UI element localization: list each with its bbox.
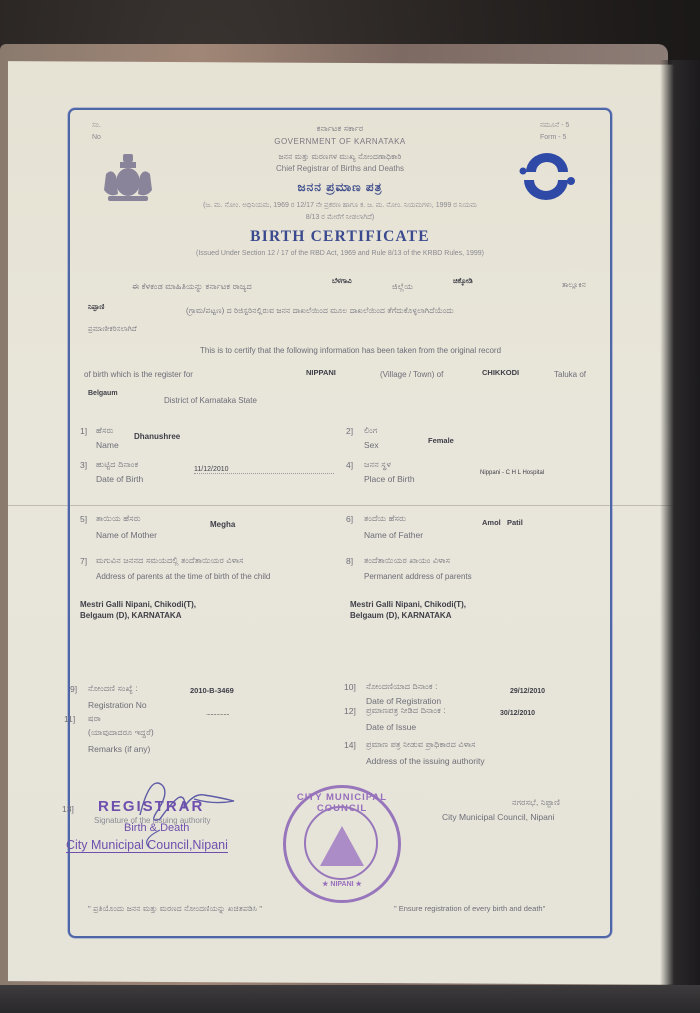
intro-kn-taluk: ಚಿಕ್ಕೋಡಿ [453,278,473,286]
address-at-birth-line1: Mestri Galli Nipani, Chikodi(T), [80,600,196,609]
municipal-council-seal: CITY MUNICIPAL COUNCIL ★ NIPANI ★ [283,785,401,903]
field-9-num: 9] [70,684,77,694]
field-1-label: Name [96,440,119,450]
intro-kn-town: ನಿಪ್ಪಾಣಿ [88,304,104,312]
field-14-kn: ಪ್ರಮಾಣ ಪತ್ರ ನೀಡುವ ಪ್ರಾಧಿಕಾರದ ವಿಳಾಸ [366,740,476,750]
issued-kn-line1: (ಜ. ಮ. ನೋಂ. ಅಧಿನಿಯಮ, 1969 ರ 12/17 ನೇ ಪ್ರ… [70,202,610,210]
intro-kn-1a: ಈ ಕೆಳಕಂಡ ಮಾಹಿತಿಯನ್ನು ಕರ್ನಾಟಕ ರಾಜ್ಯದ [132,282,252,292]
seal-text-bottom: ★ NIPANI ★ [286,880,398,888]
field-6-num: 6] [346,514,353,524]
field-1-num: 1] [80,426,87,436]
field-11-kn2: (ಯಾವುದಾದರೂ ಇದ್ದರೆ) [88,728,154,738]
gov-title: GOVERNMENT OF KARNATAKA [70,137,610,146]
field-12-label: Date of Issue [366,722,416,732]
field-7-label: Address of parents at the time of birth … [96,572,270,581]
registration-no-value: 2010-B-3469 [190,686,234,695]
issuing-authority-value: City Municipal Council, Nipani [442,812,554,822]
registrar-stamp-line1: REGISTRAR [98,798,204,815]
field-11-label: Remarks (if any) [88,744,150,754]
footer-en: " Ensure registration of every birth and… [394,904,545,913]
intro-kn-district: ಬೆಳಗಾವಿ [332,278,352,286]
field-3-label: Date of Birth [96,474,143,484]
intro-en-2a: of birth which is the register for [84,370,193,379]
issuing-authority-kn: ನಗರಸಭೆ, ನಿಪ್ಪಾಣಿ [512,798,560,808]
date-of-issue-value: 30/12/2010 [500,710,535,717]
field-4-num: 4] [346,460,353,470]
footer-kn: " ಪ್ರತಿಯೊಂದು ಜನನ ಮತ್ತು ಮರಣದ ನೋಂದಣಿಯನ್ನು … [88,904,262,914]
district-value: Belgaum [88,390,118,397]
field-11-num: 11] [64,714,75,724]
background-surface [660,60,700,990]
intro-kn-1b: ಜಿಲ್ಲೆಯ [392,282,413,292]
intro-kn-1c: ತಾಲ್ಲೂಕಿನ [562,282,586,290]
field-7-num: 7] [80,556,87,566]
sex-value: Female [428,436,454,445]
mother-name-value: Megha [210,520,235,529]
field-1-kn: ಹೆಸರು [96,426,114,436]
issued-kn-line2: 8/13 ರ ಮೇರೆಗೆ ನೀಡಲಾಗಿದೆ) [70,214,610,222]
field-8-label: Permanent address of parents [364,572,472,581]
name-value: Dhanushree [134,432,180,441]
background-surface-bottom [0,985,700,1013]
intro-en-3: District of Karnataka State [164,396,257,405]
field-2-label: Sex [364,440,379,450]
registrar-stamp-line2: Birth & Death [124,822,189,834]
gov-kn: ಕರ್ನಾಟಕ ಸರ್ಕಾರ [70,124,610,134]
field-14-label: Address of the issuing authority [366,756,485,766]
seal-emblem-icon [320,826,364,866]
intro-kn-3: ಪ್ರಮಾಣೀಕರಿಸಲಾಗಿದೆ [88,326,137,334]
field-2-kn: ಲಿಂಗ [364,426,377,436]
field-10-kn: ನೋಂದಣಿಯಾದ ದಿನಾಂಕ : [366,682,438,692]
date-of-registration-value: 29/12/2010 [510,688,545,695]
field-14-num: 14] [344,740,356,750]
field-3-kn: ಹುಟ್ಟಿದ ದಿನಾಂಕ [96,460,138,470]
intro-en-2b: (Village / Town) of [380,370,443,379]
permanent-address-line1: Mestri Galli Nipani, Chikodi(T), [350,600,466,609]
intro-en-1: This is to certify that the following in… [200,346,501,355]
field-6-label: Name of Father [364,530,423,540]
karnataka-emblem-icon [100,152,156,204]
field-7-kn: ಮಗುವಿನ ಜನನದ ಸಮಯದಲ್ಲಿ ತಂದೆತಾಯಿಯರ ವಿಳಾಸ [96,556,244,566]
field-9-label: Registration No [88,700,147,710]
field-3-num: 3] [80,460,87,470]
page-title: BIRTH CERTIFICATE [70,228,610,246]
field-5-kn: ತಾಯಿಯ ಹೆಸರು [96,514,141,524]
field-12-kn: ಪ್ರಮಾಣಪತ್ರ ನೀಡಿದ ದಿನಾಂಕ : [366,706,446,716]
date-of-birth-value: 11/12/2010 [194,466,334,474]
form-kn: ನಮೂನೆ - 5 [540,122,569,130]
field-4-label: Place of Birth [364,474,415,484]
permanent-address-line2: Belgaum (D), KARNATAKA [350,611,451,620]
address-at-birth-line2: Belgaum (D), KARNATAKA [80,611,181,620]
form-number: Form - 5 [540,134,566,141]
field-4-kn: ಜನನ ಸ್ಥಳ [364,460,391,470]
place-of-birth-value: Nippani - C H L Hospital [480,470,544,476]
field-10-num: 10] [344,682,356,692]
field-6-kn: ತಂದೆಯ ಹೆಸರು [364,514,406,524]
field-10-label: Date of Registration [366,696,441,706]
taluka-value: CHIKKODI [482,368,519,377]
village-town-value: NIPPANI [306,368,336,377]
father-name-value: Amol Patil [482,518,523,527]
field-2-num: 2] [346,426,353,436]
field-9-kn: ನೋಂದಣಿ ಸಂಖ್ಯೆ : [88,684,138,694]
field-12-num: 12] [344,706,356,716]
intro-en-2c: Taluka of [554,370,586,379]
field-8-kn: ತಂದೆತಾಯಿಯರ ಖಾಯಂ ವಿಳಾಸ [364,556,450,566]
field-13-num: 13] [62,804,74,814]
intro-kn-2: (ಗ್ರಾಮ/ಪಟ್ಟಣ) ದ ರಿಜಿಸ್ಟರಿನಲ್ಲಿರುವ ಜನನ ದಾ… [186,306,454,316]
field-11-kn: ಷರಾ [88,714,101,724]
field-8-num: 8] [346,556,353,566]
title-kn: ಜನನ ಪ್ರಮಾಣ ಪತ್ರ [70,180,610,195]
field-5-label: Name of Mother [96,530,157,540]
registrar-stamp-line3: City Municipal Council,Nipani [66,838,228,853]
remarks-value: ................ [206,710,229,717]
field-5-num: 5] [80,514,87,524]
issued-under: (Issued Under Section 12 / 17 of the RBD… [70,250,610,257]
